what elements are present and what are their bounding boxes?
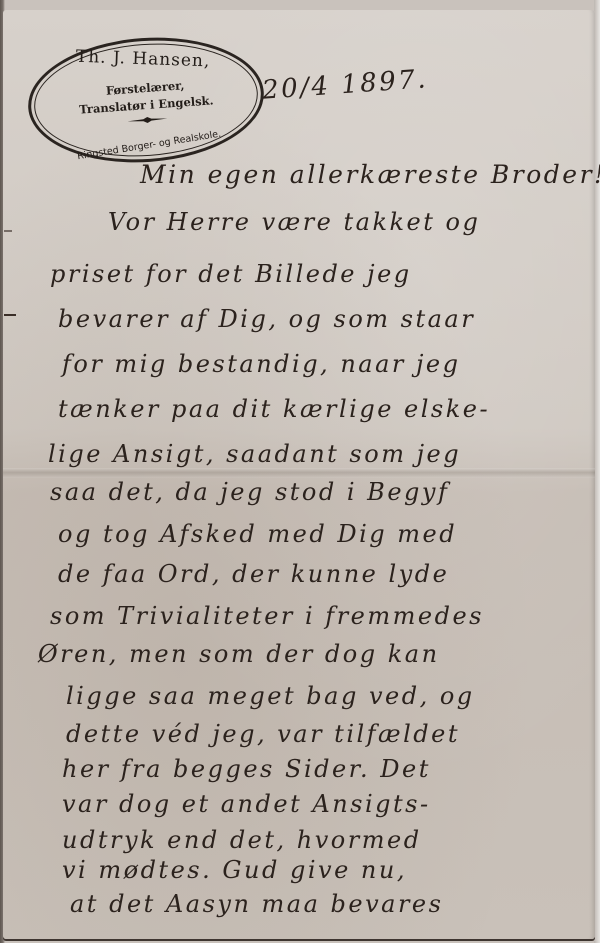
body-line: Øren, men som der dog kan <box>38 640 440 668</box>
body-line: tænker paa dit kærlige elske- <box>58 395 490 423</box>
body-line: som Trivialiteter i fremmedes <box>50 602 484 630</box>
body-line: lige Ansigt, saadant som jeg <box>48 440 461 468</box>
body-line: Vor Herre være takket og <box>108 208 480 236</box>
body-line: vi mødtes. Gud give nu, <box>62 856 407 884</box>
body-line: priset for det Billede jeg <box>50 260 412 288</box>
body-line: her fra begges Sider. Det <box>62 755 431 783</box>
margin-mark <box>4 314 16 316</box>
body-line: udtryk end det, hvormed <box>62 826 422 854</box>
body-line: var dog et andet Ansigts- <box>62 790 431 818</box>
body-line: dette véd jeg, var tilfældet <box>66 720 460 748</box>
body-line: saa det, da jeg stod i Begyf <box>50 478 449 506</box>
salutation: Min egen allerkæreste Broder! <box>140 160 600 189</box>
fold-crease <box>3 468 595 478</box>
body-line: at det Aasyn maa bevares <box>70 890 443 918</box>
body-line: de faa Ord, der kunne lyde <box>58 560 449 588</box>
margin-mark <box>4 230 12 232</box>
body-line: for mig bestandig, naar jeg <box>62 350 461 378</box>
body-line: ligge saa meget bag ved, og <box>66 682 475 710</box>
body-line: og tog Afsked med Dig med <box>58 520 457 548</box>
body-line: bevarer af Dig, og som staar <box>58 305 475 333</box>
